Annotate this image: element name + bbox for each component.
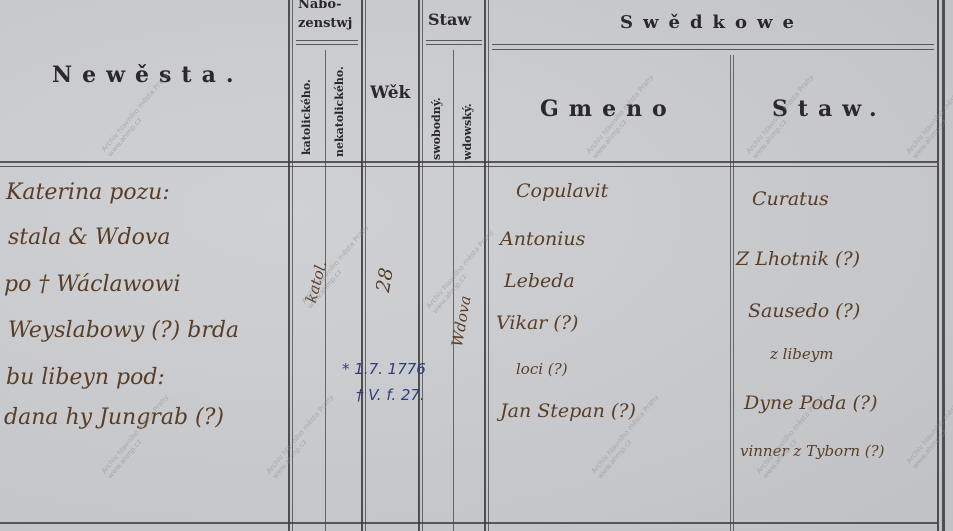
rule xyxy=(942,0,945,531)
bride-line: Katerina pozu: xyxy=(6,180,170,205)
status-value: Wdova xyxy=(448,294,475,348)
bride-line: po † Wáclawowi xyxy=(4,272,181,297)
watermark: Archiv hlavního města Prahywww.ahmp.cz xyxy=(265,393,342,480)
rule xyxy=(492,44,934,45)
witness-name-line: loci (?) xyxy=(516,360,568,378)
rule xyxy=(418,0,420,531)
rule xyxy=(426,40,482,41)
rule xyxy=(488,0,489,531)
rule xyxy=(0,522,937,524)
age-value: 28 xyxy=(372,266,398,294)
witness-status-line: Curatus xyxy=(752,188,829,210)
rule xyxy=(0,161,937,163)
rule xyxy=(296,40,358,41)
header-religion-noncatholic: nekatolického. xyxy=(333,52,346,157)
witness-status-line: Sausedo (?) xyxy=(748,300,860,322)
header-religion-catholic: katolického. xyxy=(300,60,313,155)
header-religion-line1: Nabo- xyxy=(298,0,341,12)
rule xyxy=(365,0,366,531)
witness-name-line: Vikar (?) xyxy=(496,312,578,334)
header-religion-line2: zenstwj xyxy=(298,16,352,31)
annotation-reference: † V. f. 27. xyxy=(356,386,425,404)
annotation-birth: * 1.7. 1776 xyxy=(342,360,426,378)
rule xyxy=(484,0,486,531)
header-bride: Newěsta. xyxy=(52,62,244,88)
witness-status-line: z libeym xyxy=(770,345,833,363)
bride-line: bu libeyn pod: xyxy=(6,365,165,390)
witness-status-line: vinner z Tyborn (?) xyxy=(740,442,885,460)
header-status-single: swobodný. xyxy=(430,75,443,160)
register-page: Newěsta. Nabo- zenstwj katolického. neka… xyxy=(0,0,953,531)
rule xyxy=(422,0,423,531)
header-age: Wěk xyxy=(370,83,410,103)
witness-name-line: Jan Stepan (?) xyxy=(500,400,636,422)
rule xyxy=(426,44,482,45)
rule xyxy=(296,44,358,45)
rule xyxy=(0,166,937,167)
header-status: Staw xyxy=(428,10,471,29)
rule xyxy=(730,55,731,531)
bride-line: stala & Wdova xyxy=(8,225,170,250)
bride-line: Weyslabowy (?) brda xyxy=(8,318,239,343)
witness-status-line: Z Lhotnik (?) xyxy=(736,248,860,270)
witness-name-line: Antonius xyxy=(500,228,585,250)
header-status-widowed: wdowský. xyxy=(461,82,474,160)
bride-line: dana hy Jungrab (?) xyxy=(4,405,224,430)
rule xyxy=(361,0,363,531)
watermark: Archiv hlavního města Prahywww.ahmp.cz xyxy=(905,383,953,470)
witness-name-line: Copulavit xyxy=(516,180,608,202)
rule xyxy=(733,55,734,531)
rule xyxy=(492,49,934,50)
header-witness-name: Gmeno xyxy=(540,96,677,122)
witness-name-line: Lebeda xyxy=(504,270,575,292)
rule xyxy=(937,0,939,531)
watermark: Archiv hlavního města Prahywww.ahmp.cz xyxy=(905,73,953,160)
header-witnesses: Swědkowe xyxy=(620,12,804,33)
